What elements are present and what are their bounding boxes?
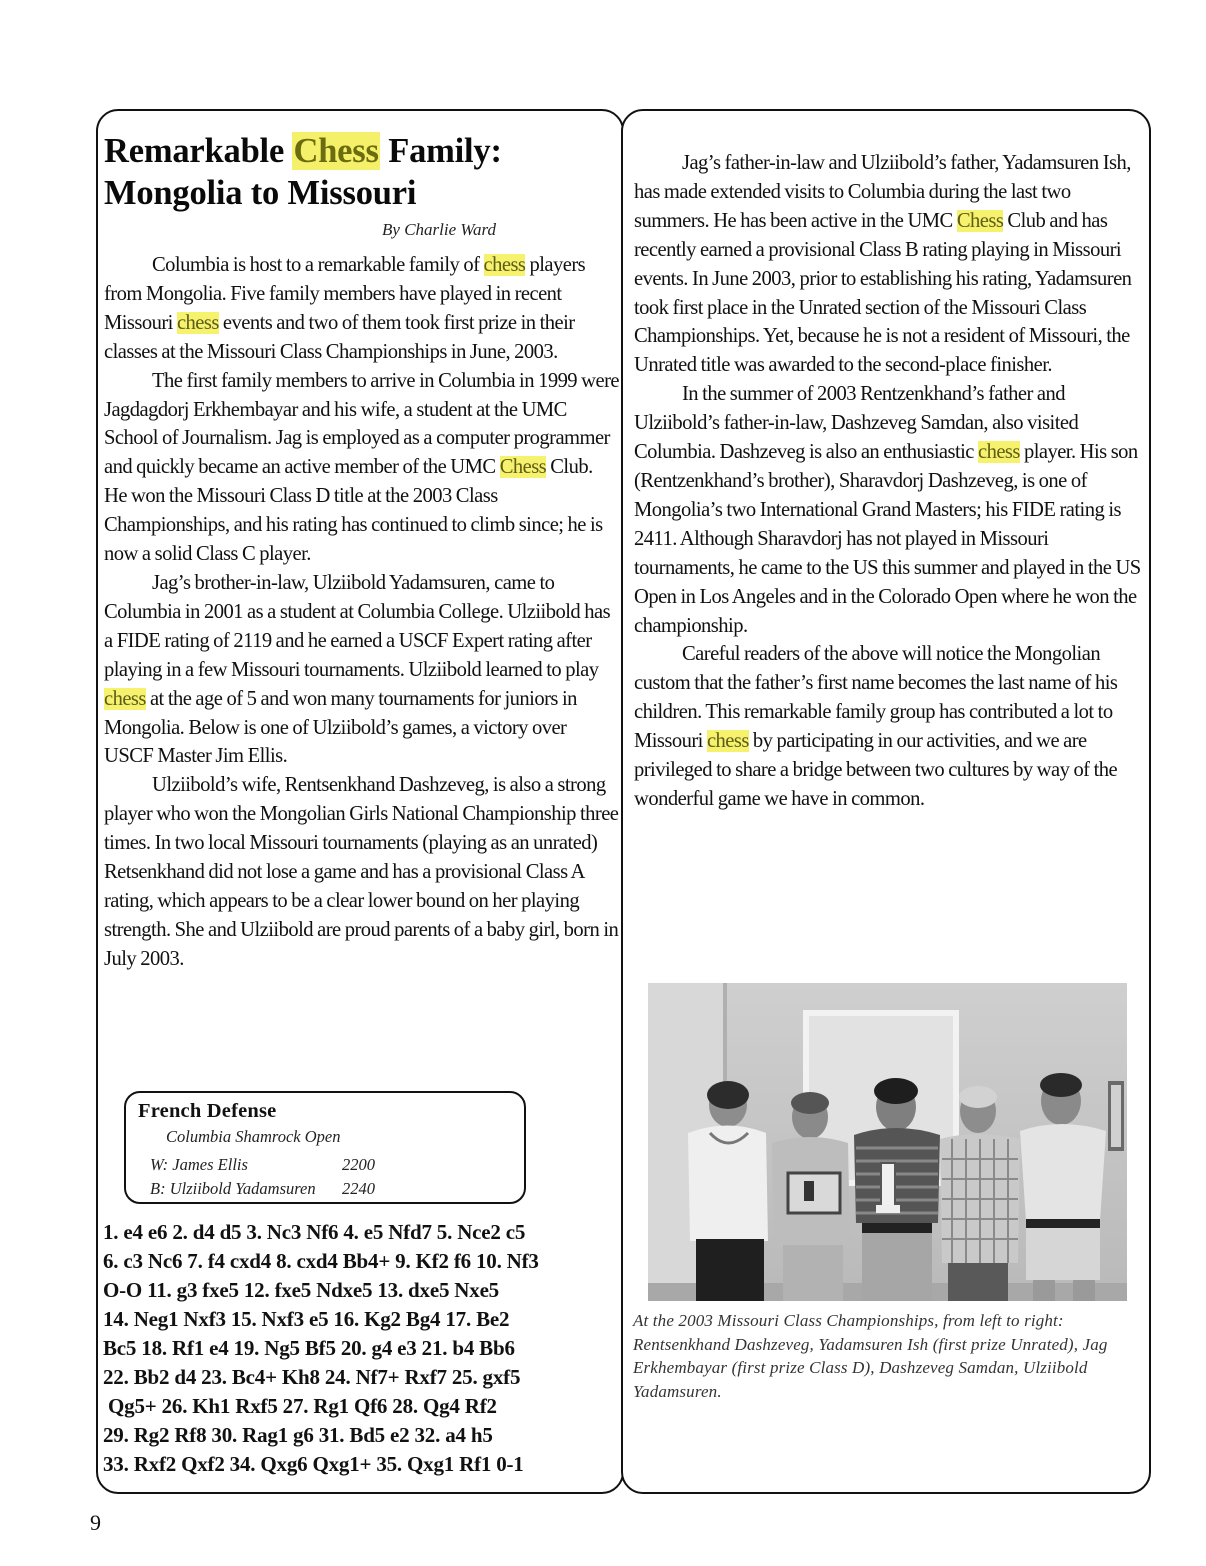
white-player-rating: 2200 [342,1155,375,1174]
move-line: 22. Bb2 d4 23. Bc4+ Kh8 24. Nf7+ Rxf7 25… [103,1363,621,1392]
move-line: Bc5 18. Rf1 e4 19. Ng5 Bf5 20. g4 e3 21.… [103,1334,621,1363]
page-number: 9 [90,1510,101,1536]
photo-image [648,983,1127,1301]
title-line-2: Mongolia to Missouri [104,174,416,212]
title-text-after: Family: [380,132,502,170]
game-opening: French Defense [138,1098,276,1124]
paragraph: Ulziibold’s wife, Rentsenkhand Dashzeveg… [104,771,619,973]
text-run: Jag’s brother-in-law, Ulziibold Yadamsur… [104,572,610,681]
highlight-chess: chess [707,730,749,752]
byline: By Charlie Ward [104,219,496,241]
move-line: 1. e4 e6 2. d4 d5 3. Nc3 Nf6 4. e5 Nfd7 … [103,1218,621,1247]
black-player-name: B: Ulziibold Yadamsuren [150,1178,342,1200]
paragraph: Jag’s brother-in-law, Ulziibold Yadamsur… [104,569,619,771]
paragraph: Careful readers of the above will notice… [634,640,1149,813]
paragraph: The first family members to arrive in Co… [104,367,619,569]
left-column-body: Columbia is host to a remarkable family … [104,251,619,974]
text-run: player. His son (Rentzenkhand’s brother)… [634,441,1141,636]
paragraph: In the summer of 2003 Rentzenkhand’s fat… [634,380,1149,640]
group-photo [648,983,1127,1301]
white-player: W: James Ellis2200 [150,1154,375,1176]
highlight-chess: chess [104,688,146,710]
title-highlight-chess: Chess [292,132,379,170]
title-text-before: Remarkable [104,132,292,170]
move-line: 14. Neg1 Nxf3 15. Nxf3 e5 16. Kg2 Bg4 17… [103,1305,621,1334]
game-moves: 1. e4 e6 2. d4 d5 3. Nc3 Nf6 4. e5 Nfd7 … [103,1218,621,1479]
highlight-chess: chess [484,254,526,276]
move-line: 33. Rxf2 Qxf2 34. Qxg6 Qxg1+ 35. Qxg1 Rf… [103,1450,621,1479]
highlight-chess: Chess [957,210,1003,232]
text-run: at the age of 5 and won many tournaments… [104,688,577,768]
move-line: O-O 11. g3 fxe5 12. fxe5 Ndxe5 13. dxe5 … [103,1276,621,1305]
game-event: Columbia Shamrock Open [166,1126,340,1148]
paragraph: Columbia is host to a remarkable family … [104,251,619,367]
highlight-chess: Chess [500,456,546,478]
white-player-name: W: James Ellis [150,1154,342,1176]
photo-caption: At the 2003 Missouri Class Championships… [633,1309,1143,1403]
move-line: 6. c3 Nc6 7. f4 cxd4 8. cxd4 Bb4+ 9. Kf2… [103,1247,621,1276]
move-line: Qg5+ 26. Kh1 Rxf5 27. Rg1 Qf6 28. Qg4 Rf… [103,1392,621,1421]
text-run: Club and has recently earned a provision… [634,210,1131,377]
article-title: Remarkable Chess Family: Mongolia to Mis… [104,130,619,214]
right-column-body: Jag’s father-in-law and Ulziibold’s fath… [634,149,1149,814]
text-run: Columbia is host to a remarkable family … [152,254,484,276]
paragraph: Jag’s father-in-law and Ulziibold’s fath… [634,149,1149,380]
black-player-rating: 2240 [342,1179,375,1198]
game-header-box: French Defense Columbia Shamrock Open W:… [124,1091,526,1204]
black-player: B: Ulziibold Yadamsuren2240 [150,1178,375,1200]
text-run: Ulziibold’s wife, Rentsenkhand Dashzeveg… [104,774,618,969]
highlight-chess: chess [978,441,1020,463]
move-line: 29. Rg2 Rf8 30. Rag1 g6 31. Bd5 e2 32. a… [103,1421,621,1450]
highlight-chess: chess [177,312,219,334]
